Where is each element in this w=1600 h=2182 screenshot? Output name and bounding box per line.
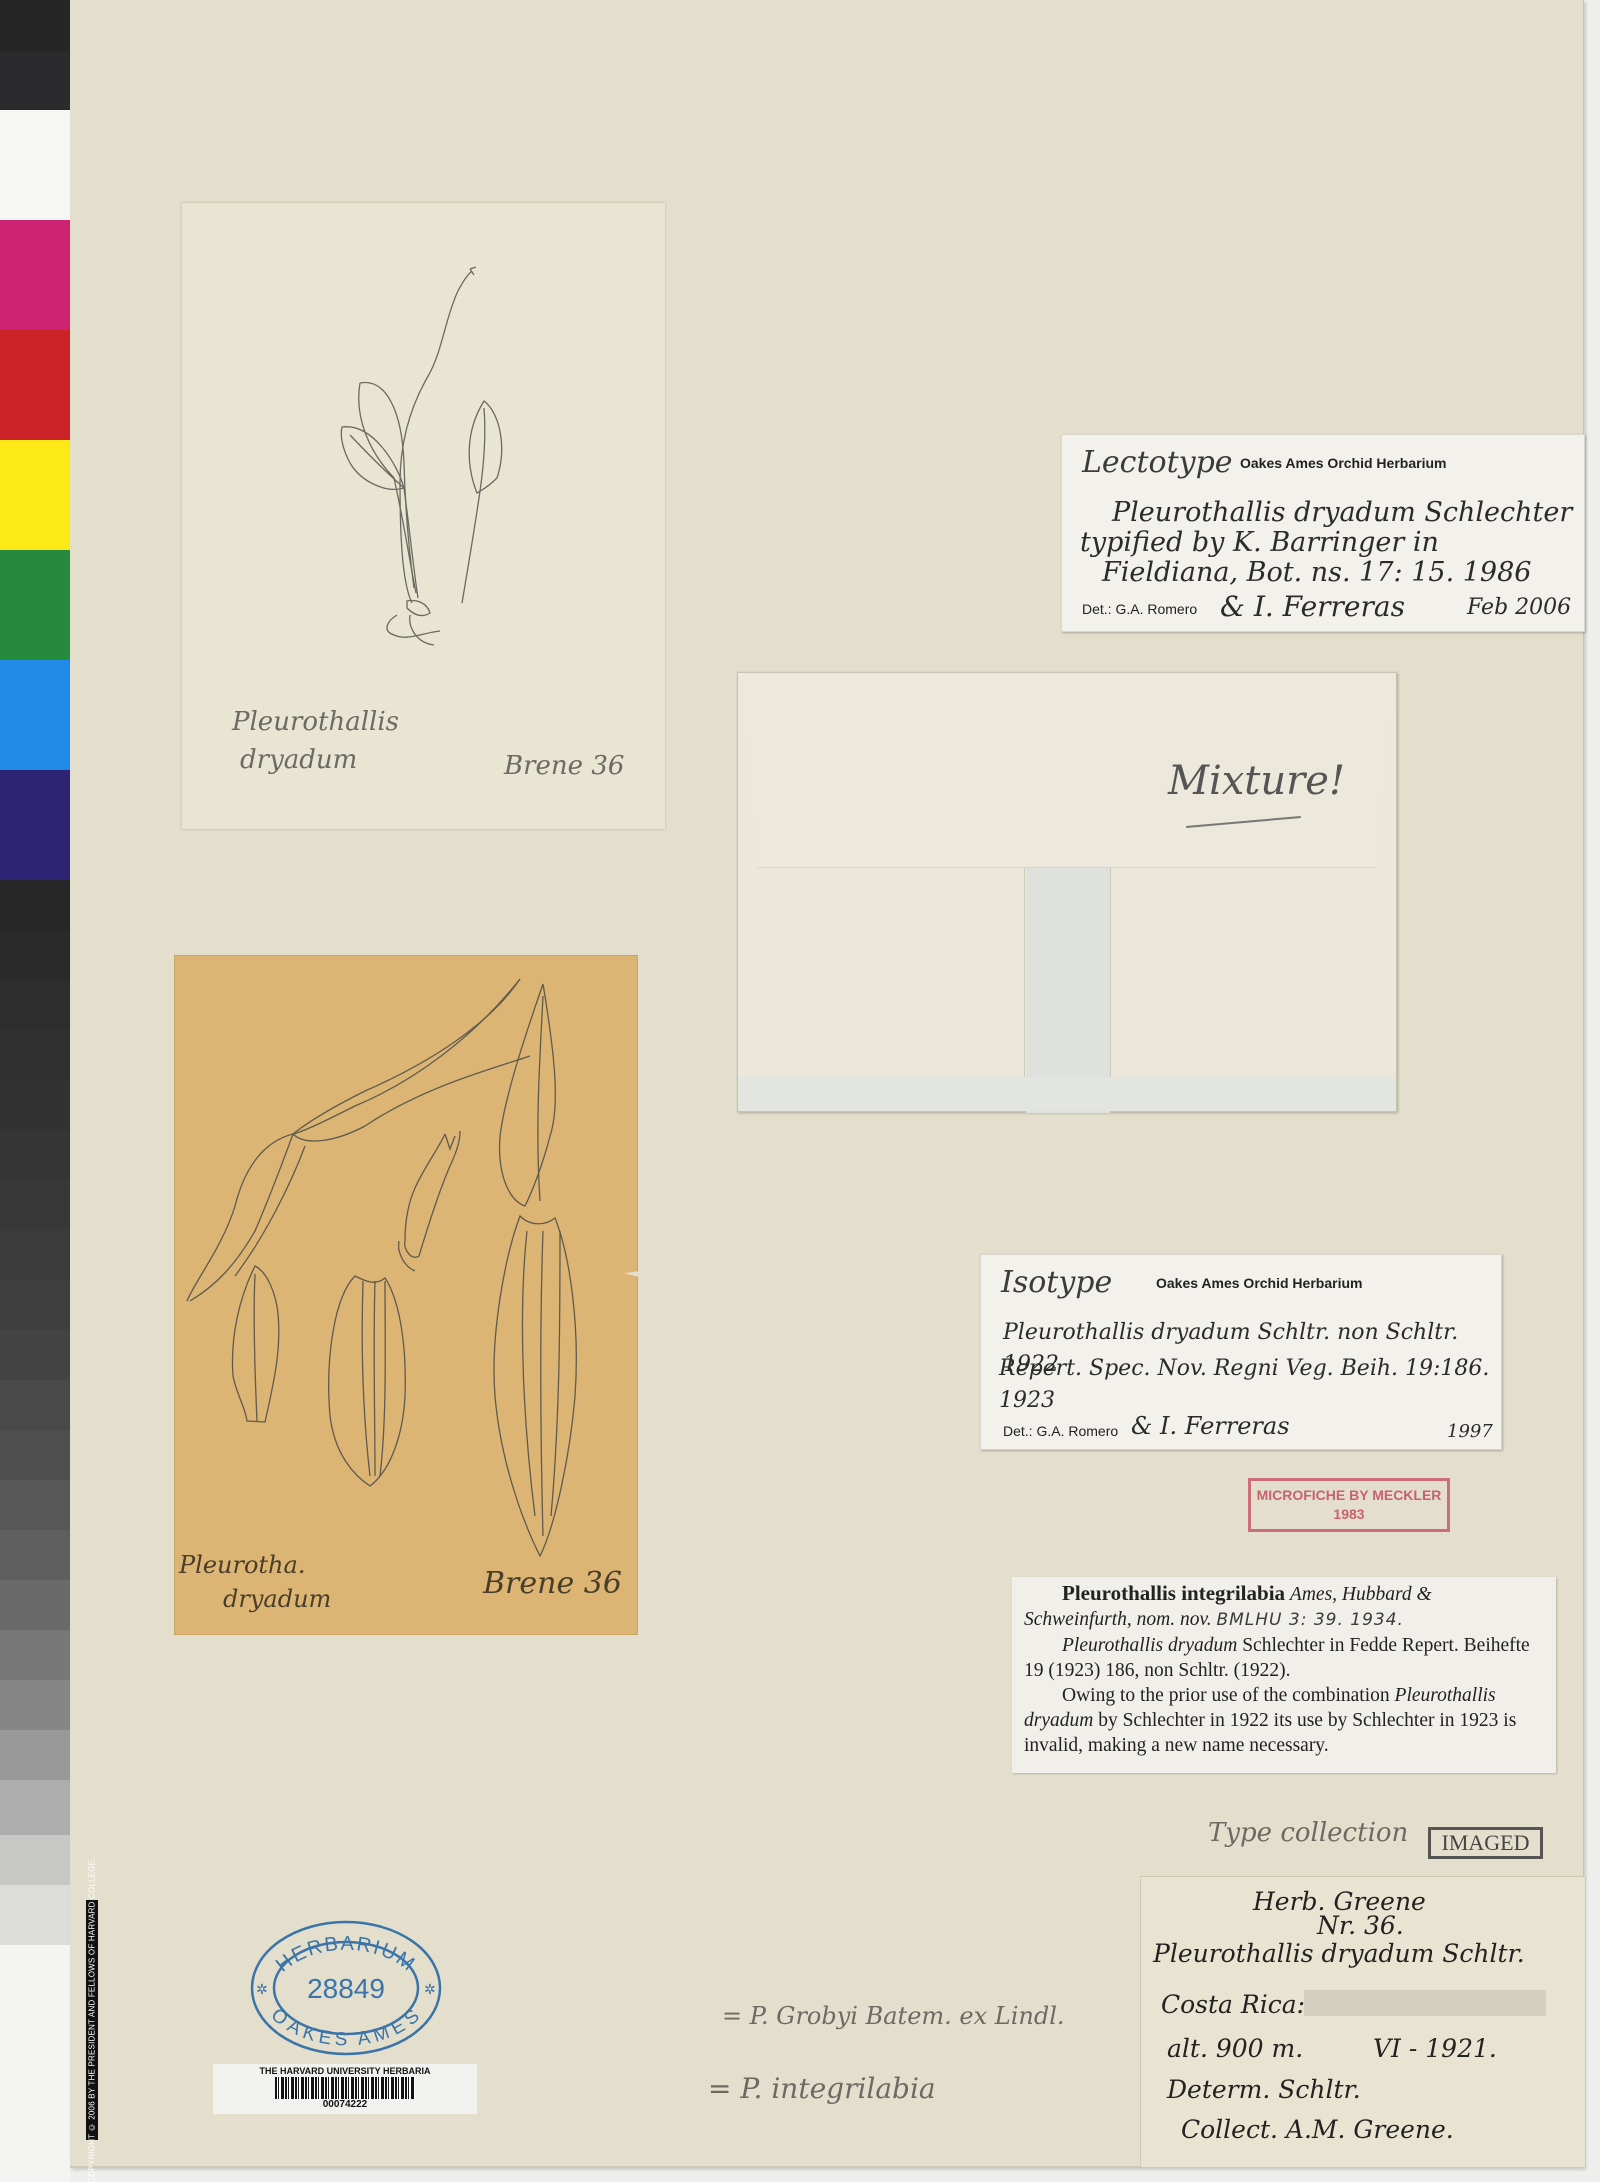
determiner-label: Det.: G.A. Romero [1082,601,1197,617]
type-status: Isotype [1001,1265,1112,1300]
herbarium-accession-stamp: HERBARIUM OAKES AMES 28849 ✲ ✲ HERBARIUM… [250,1918,442,2058]
swatch-white [0,110,70,220]
handwritten-citation: BMLHU 3: 39. 1934. [1216,1610,1404,1630]
swatch-gray-12 [0,1430,70,1480]
imaged-stamp: IMAGED [1428,1827,1543,1859]
original-collector-label: Herb. Greene Nr. 36. Pleurothallis dryad… [1140,1876,1586,2168]
author-ampersand: & [1417,1584,1432,1605]
floral-dissection-drawing: Pleurotha. dryadum Brene 36 [174,955,638,1635]
envelope-fold-line [1024,868,1025,1083]
determination-date: Feb 2006 [1467,595,1571,620]
drawing-taxon-epithet: dryadum [223,1582,331,1616]
svg-text:28849: 28849 [307,1973,385,2004]
type-collection-note: Type collection [1208,1818,1408,1848]
envelope-bottom-fold [738,1077,1396,1111]
swatch-cyan [0,660,70,770]
svg-text:✲: ✲ [256,1981,268,1997]
envelope-note: Mixture! [1168,758,1345,804]
swatch-red [0,330,70,440]
swatch-green [0,550,70,660]
copyright-notice: COPYRIGHT © 2006 BY THE PRESIDENT AND FE… [86,1900,98,2140]
author: Schweinfurth, [1024,1609,1132,1630]
swatch-gray-03 [0,980,70,1030]
fragment-envelope[interactable]: Mixture! [737,672,1397,1112]
flower-parts-sketch-icon [175,956,639,1636]
microfiche-stamp: MICROFICHE BY MECKLER 1983 [1248,1478,1450,1532]
determination-date: 1997 [1447,1421,1493,1442]
label-line-1: Pleurothallis dryadum Schlechter [1112,497,1572,529]
collector: Collect. A.M. Greene. [1181,2115,1454,2144]
swatch-gray-21 [0,1885,70,1945]
swatch-gray-08 [0,1230,70,1280]
swatch-gray-18 [0,1730,70,1780]
barcode-label[interactable]: THE HARVARD UNIVERSITY HERBARIA 00074222 [213,2064,477,2114]
drawing-taxon-genus: Pleurothallis [232,703,399,741]
locality: Costa Rica: [1161,1990,1305,2019]
swatch-magenta [0,220,70,330]
drawing-collector-number: Brene 36 [483,1566,622,1601]
swatch-gray-04 [0,1030,70,1080]
collection-number: Nr. 36. [1317,1911,1404,1940]
habit-drawing: Pleurothallis dryadum Brene 36 [181,202,666,830]
oval-stamp-icon: HERBARIUM OAKES AMES 28849 ✲ ✲ [250,1918,442,2058]
swatch-white-end [0,1945,70,2182]
author: Hubbard [1342,1584,1412,1605]
swatch-gray-15 [0,1580,70,1630]
swatch-gray-06 [0,1130,70,1180]
redacted-locality [1304,1990,1546,2016]
herbarium-name: Oakes Ames Orchid Herbarium [1156,1275,1362,1291]
printed-nomenclature-label: Pleurothallis integrilabia Ames, Hubbard… [1012,1577,1556,1773]
envelope-fold-line [1110,868,1111,1083]
taxon-name: Pleurothallis dryadum Schltr. [1153,1939,1525,1968]
altitude: alt. 900 m. [1167,2034,1303,2063]
swatch-gray-05 [0,1080,70,1130]
swatch-gray-16 [0,1630,70,1680]
synonym-name: Pleurothallis dryadum [1062,1635,1237,1656]
swatch-gray-14 [0,1530,70,1580]
label-line-3: Fieldiana, Bot. ns. 17: 15. 1986 [1102,557,1531,589]
drawing-collector-number: Brene 36 [504,751,624,781]
label-line-2: typified by K. Barringer in [1080,527,1439,559]
swatch-gray-20 [0,1835,70,1885]
type-status: Lectotype [1082,445,1233,480]
synonym-annotation: = P. integrilabia [708,2072,936,2105]
swatch-blue [0,770,70,880]
drawing-taxon-epithet: dryadum [240,741,399,779]
swatch-gray-07 [0,1180,70,1230]
swatch-gray-01 [0,880,70,930]
swatch-gray-11 [0,1380,70,1430]
microfiche-stamp-year: 1983 [1251,1505,1447,1524]
svg-text:OAKES AMES: OAKES AMES [267,2004,426,2050]
drawing-taxon-genus: Pleurotha. [179,1548,331,1582]
swatch-gray-19 [0,1780,70,1835]
determiner: Determ. Schltr. [1167,2075,1361,2104]
herbarium-name: Oakes Ames Orchid Herbarium [1240,455,1446,471]
note-text: by Schlechter in 1922 its use by Schlech… [1024,1710,1516,1756]
nomenclatural-status: nom. nov. [1137,1609,1212,1630]
lectotype-label: Lectotype Oakes Ames Orchid Herbarium Pl… [1061,434,1585,632]
determiner-label: Det.: G.A. Romero [1003,1423,1118,1439]
swatch-gray-13 [0,1480,70,1530]
synonym-annotation: = P. Grobyi Batem. ex Lindl. [722,2002,1065,2030]
swatch-dark [0,52,70,110]
swatch-gray-02 [0,930,70,980]
label-line-2: Repert. Spec. Nov. Regni Veg. Beih. 19:1… [999,1353,1501,1417]
swatch-gray-10 [0,1330,70,1380]
isotype-label: Isotype Oakes Ames Orchid Herbarium Pleu… [980,1254,1502,1450]
determiner-handwritten: & I. Ferreras [1220,590,1405,623]
swatch-gray-09 [0,1280,70,1330]
collection-date: VI - 1921. [1373,2034,1497,2063]
note-text: Owing to the prior use of the combinatio… [1062,1685,1390,1706]
svg-text:✲: ✲ [424,1981,436,1997]
barcode-icon [275,2077,415,2099]
barcode-number: 00074222 [213,2099,477,2110]
swatch-gray-17 [0,1680,70,1730]
microfiche-stamp-text: MICROFICHE BY MECKLER [1251,1486,1447,1505]
drawing-taxon-name: Pleurothallis dryadum [232,703,399,779]
author: Ames, [1290,1584,1337,1605]
barcode-institution: THE HARVARD UNIVERSITY HERBARIA [213,2066,477,2076]
accepted-name: Pleurothallis integrilabia [1062,1581,1285,1605]
swatch-yellow [0,440,70,550]
drawing-taxon-name: Pleurotha. dryadum [179,1548,331,1616]
determiner-handwritten: & I. Ferreras [1131,1412,1290,1440]
color-calibration-strip [0,0,70,2182]
